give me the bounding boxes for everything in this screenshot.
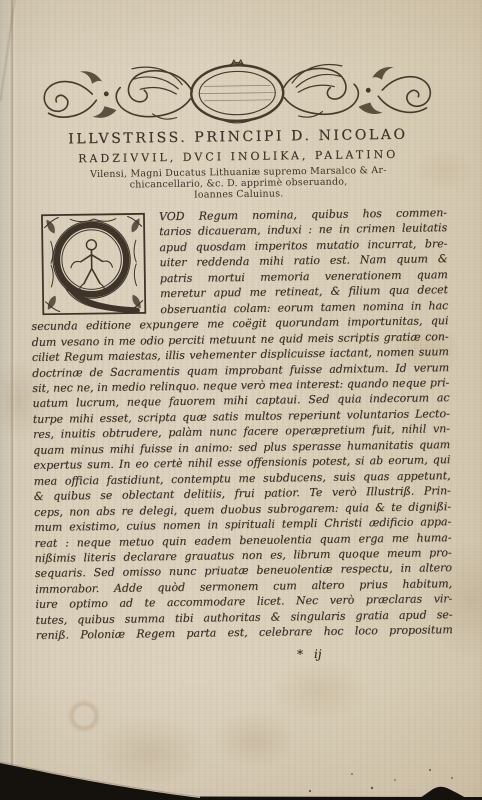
- dedication-heading: ILLVSTRISS. PRINCIPI D. NICOLAO RADZIVVI…: [0, 126, 480, 204]
- page-content: ILLVSTRISS. PRINCIPI D. NICOLAO RADZIVVI…: [0, 0, 482, 800]
- body-full-lines: secunda editione expungere me coëgit quo…: [31, 313, 452, 643]
- heading-line-1: ILLVSTRISS. PRINCIPI D. NICOLAO: [0, 126, 479, 149]
- page-bottom-torn-edge: [0, 758, 482, 800]
- headpiece-ornament-icon: [32, 54, 443, 128]
- body-text: Q: [30, 205, 453, 643]
- headpiece-ornament: [32, 54, 443, 128]
- heading-line-2: RADZIVVIL, DVCI INOLIKA, PALATINO: [0, 147, 479, 167]
- drop-cap-q-icon: [40, 212, 147, 315]
- drop-cap-initial-q: Q: [40, 212, 147, 315]
- book-page-scan: ILLVSTRISS. PRINCIPI D. NICOLAO RADZIVVI…: [0, 0, 482, 800]
- signature-mark: * ij: [297, 647, 322, 661]
